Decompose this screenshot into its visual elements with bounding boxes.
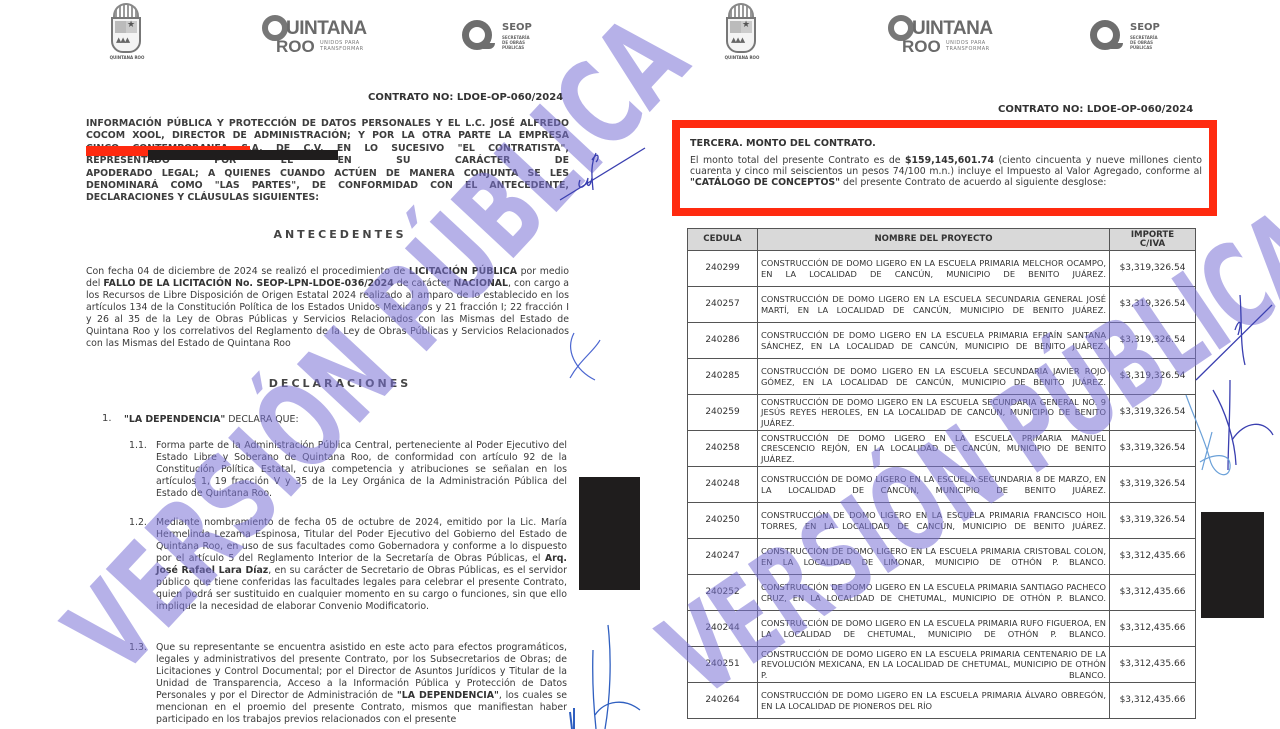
cedula-cell: 240248 (688, 467, 758, 503)
redaction-block (1201, 512, 1264, 618)
declaracion-heading: "LA DEPENDENCIA" DECLARA QUE: (124, 414, 424, 426)
cedula-cell: 240286 (688, 323, 758, 359)
table-row: 240259CONSTRUCCIÓN DE DOMO LIGERO EN LA … (688, 395, 1196, 431)
table-row: 240250CONSTRUCCIÓN DE DOMO LIGERO EN LA … (688, 503, 1196, 539)
item-number: 1.1. (129, 440, 147, 451)
intro-line: DENOMINARÁ COMO "LAS PARTES", DE CONFORM… (86, 180, 569, 192)
header-cedula: CEDULA (688, 229, 758, 251)
seop-q-icon (462, 20, 492, 50)
importe-cell: $3,319,326.54 (1110, 395, 1196, 431)
table-row: 240257CONSTRUCCIÓN DE DOMO LIGERO EN LA … (688, 287, 1196, 323)
importe-cell: $3,319,326.54 (1110, 467, 1196, 503)
declaracion-number: 1. (102, 413, 112, 424)
project-name-cell: CONSTRUCCIÓN DE DOMO LIGERO EN LA ESCUEL… (758, 467, 1110, 503)
project-name-cell: CONSTRUCCIÓN DE DOMO LIGERO EN LA ESCUEL… (758, 251, 1110, 287)
table-row: 240286CONSTRUCCIÓN DE DOMO LIGERO EN LA … (688, 323, 1196, 359)
project-name-cell: CONSTRUCCIÓN DE DOMO LIGERO EN LA ESCUEL… (758, 539, 1110, 575)
importe-cell: $3,319,326.54 (1110, 503, 1196, 539)
cedula-cell: 240250 (688, 503, 758, 539)
quintana-roo-shield-logo: ▲▲▲ QUINTANA ROO (720, 3, 760, 65)
cedula-cell: 240258 (688, 431, 758, 467)
header-nombre: NOMBRE DEL PROYECTO (758, 229, 1110, 251)
coat-of-arms-icon: ▲▲▲ (111, 17, 141, 53)
importe-cell: $3,319,326.54 (1110, 251, 1196, 287)
importe-cell: $3,312,435.66 (1110, 539, 1196, 575)
declaraciones-heading: DECLARACIONES (80, 377, 600, 390)
item-number: 1.2. (129, 517, 147, 528)
clause-body: El monto total del presente Contrato es … (690, 155, 1202, 188)
intro-line: INFORMACIÓN PÚBLICA Y PROTECCIÓN DE DATO… (86, 118, 569, 130)
project-name-cell: CONSTRUCCIÓN DE DOMO LIGERO EN LA ESCUEL… (758, 503, 1110, 539)
concepts-table: CEDULA NOMBRE DEL PROYECTO IMPORTE C/IVA… (687, 228, 1196, 719)
item-number: 1.3. (129, 642, 147, 653)
table-row: 240264CONSTRUCCIÓN DE DOMO LIGERO EN LA … (688, 683, 1196, 719)
project-name-cell: CONSTRUCCIÓN DE DOMO LIGERO EN LA ESCUEL… (758, 323, 1110, 359)
table-header-row: CEDULA NOMBRE DEL PROYECTO IMPORTE C/IVA (688, 229, 1196, 251)
redaction-block (579, 477, 640, 590)
importe-cell: $3,319,326.54 (1110, 287, 1196, 323)
contract-number: CONTRATO NO: LDOE-OP-060/2024 (998, 104, 1193, 115)
table-row: 240251CONSTRUCCIÓN DE DOMO LIGERO EN LA … (688, 647, 1196, 683)
cedula-cell: 240244 (688, 611, 758, 647)
contract-page-left: ▲▲▲ QUINTANA ROO UINTANA ROO UNIDOS PARA… (0, 0, 640, 729)
antecedentes-paragraph: Con fecha 04 de diciembre de 2024 se rea… (86, 266, 569, 350)
shield-label: QUINTANA ROO (720, 55, 764, 60)
project-name-cell: CONSTRUCCIÓN DE DOMO LIGERO EN LA ESCUEL… (758, 575, 1110, 611)
cedula-cell: 240252 (688, 575, 758, 611)
table-row: 240252CONSTRUCCIÓN DE DOMO LIGERO EN LA … (688, 575, 1196, 611)
table-row: 240258CONSTRUCCIÓN DE DOMO LIGERO EN LA … (688, 431, 1196, 467)
table-row: 240244CONSTRUCCIÓN DE DOMO LIGERO EN LA … (688, 611, 1196, 647)
header-importe: IMPORTE C/IVA (1110, 229, 1196, 251)
importe-cell: $3,319,326.54 (1110, 431, 1196, 467)
antecedentes-heading: ANTECEDENTES (80, 228, 600, 241)
quintana-roo-logo: UINTANA ROO UNIDOS PARA TRANSFORMAR (888, 15, 998, 57)
intro-line: APODERADO LEGAL; A QUIENES CUANDO ACTÚEN… (86, 168, 569, 180)
item-1-1-text: Forma parte de la Administración Pública… (156, 440, 567, 500)
cedula-cell: 240247 (688, 539, 758, 575)
project-name-cell: CONSTRUCCIÓN DE DOMO LIGERO EN LA ESCUEL… (758, 647, 1110, 683)
table-row: 240247CONSTRUCCIÓN DE DOMO LIGERO EN LA … (688, 539, 1196, 575)
project-name-cell: CONSTRUCCIÓN DE DOMO LIGERO EN LA ESCUEL… (758, 611, 1110, 647)
project-name-cell: CONSTRUCCIÓN DE DOMO LIGERO EN LA ESCUEL… (758, 395, 1110, 431)
project-name-cell: CONSTRUCCIÓN DE DOMO LIGERO EN LA ESCUEL… (758, 683, 1110, 719)
seop-logo: SEOP SECRETARÍA DE OBRAS PÚBLICAS (462, 20, 542, 60)
coat-of-arms-icon: ▲▲▲ (726, 17, 756, 53)
quintana-roo-shield-logo: ▲▲▲ QUINTANA ROO (105, 3, 145, 65)
monto-clause-highlight: TERCERA. MONTO DEL CONTRATO. El monto to… (672, 120, 1217, 216)
table-row: 240285CONSTRUCCIÓN DE DOMO LIGERO EN LA … (688, 359, 1196, 395)
cedula-cell: 240264 (688, 683, 758, 719)
cedula-cell: 240285 (688, 359, 758, 395)
importe-cell: $3,319,326.54 (1110, 359, 1196, 395)
table-row: 240248CONSTRUCCIÓN DE DOMO LIGERO EN LA … (688, 467, 1196, 503)
cedula-cell: 240257 (688, 287, 758, 323)
project-name-cell: CONSTRUCCIÓN DE DOMO LIGERO EN LA ESCUEL… (758, 359, 1110, 395)
item-1-3-text: Que su representante se encuentra asisti… (156, 642, 567, 726)
importe-cell: $3,312,435.66 (1110, 611, 1196, 647)
item-1-2-text: Mediante nombramiento de fecha 05 de oct… (156, 517, 567, 613)
quintana-roo-logo: UINTANA ROO UNIDOS PARA TRANSFORMAR (262, 15, 372, 57)
contract-total-amount: $159,145,601.74 (905, 155, 994, 166)
table-row: 240299CONSTRUCCIÓN DE DOMO LIGERO EN LA … (688, 251, 1196, 287)
clause-title: TERCERA. MONTO DEL CONTRATO. (690, 138, 876, 149)
seop-q-icon (1090, 20, 1120, 50)
cedula-cell: 240251 (688, 647, 758, 683)
redaction-block (148, 150, 338, 160)
intro-line: DECLARACIONES Y CLÁUSULAS SIGUIENTES: (86, 192, 569, 204)
shield-label: QUINTANA ROO (105, 55, 149, 60)
importe-cell: $3,312,435.66 (1110, 683, 1196, 719)
cedula-cell: 240259 (688, 395, 758, 431)
importe-cell: $3,312,435.66 (1110, 575, 1196, 611)
sun-rays-icon (728, 3, 754, 17)
sun-rays-icon (113, 3, 139, 17)
project-name-cell: CONSTRUCCIÓN DE DOMO LIGERO EN LA ESCUEL… (758, 287, 1110, 323)
seop-logo: SEOP SECRETARÍA DE OBRAS PÚBLICAS (1090, 20, 1170, 60)
contract-number: CONTRATO NO: LDOE-OP-060/2024 (368, 92, 563, 103)
project-name-cell: CONSTRUCCIÓN DE DOMO LIGERO EN LA ESCUEL… (758, 431, 1110, 467)
cedula-cell: 240299 (688, 251, 758, 287)
importe-cell: $3,312,435.66 (1110, 647, 1196, 683)
importe-cell: $3,319,326.54 (1110, 323, 1196, 359)
intro-line: COCOM XOOL, DIRECTOR DE ADMINISTRACIÓN; … (86, 130, 569, 142)
